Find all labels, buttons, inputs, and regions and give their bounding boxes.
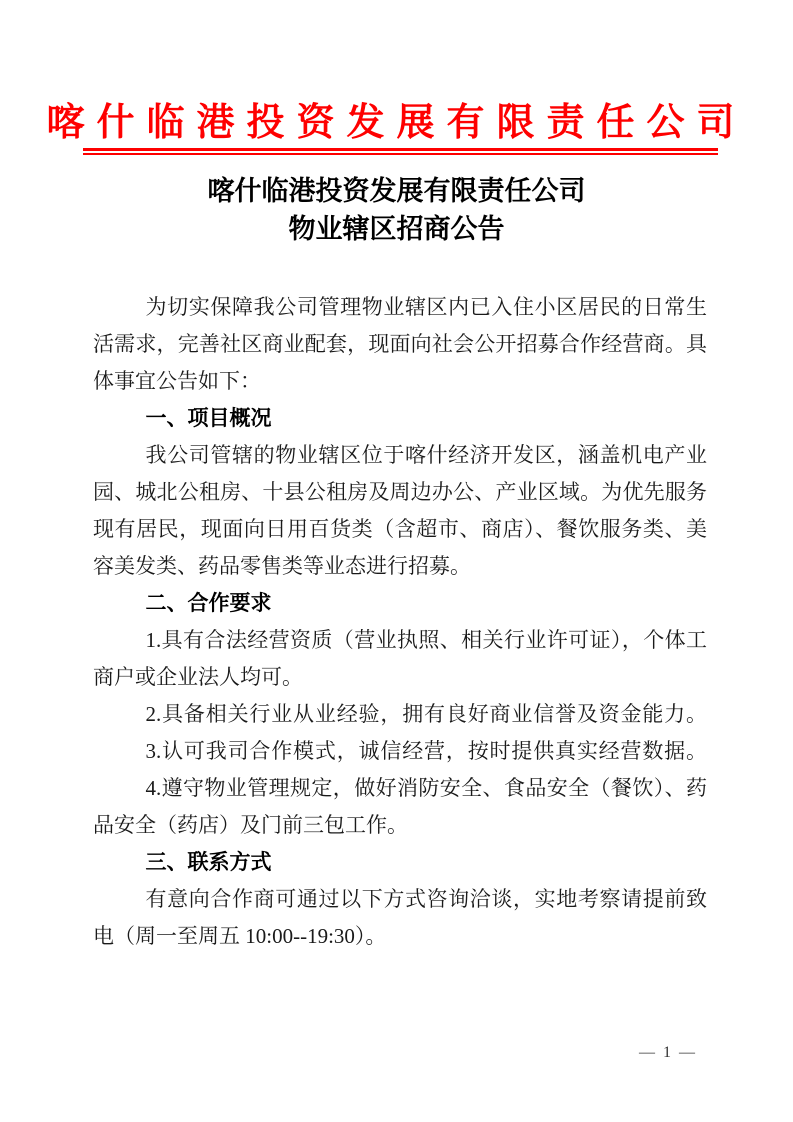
document-page: 喀什临港投资发展有限责任公司 喀什临港投资发展有限责任公司 物业辖区招商公告 为… — [0, 0, 793, 1122]
section-heading-project-overview: 一、项目概况 — [93, 400, 707, 437]
section-heading-cooperation-requirements: 二、合作要求 — [93, 585, 707, 622]
requirement-item-3: 3.认可我司合作模式，诚信经营，按时提供真实经营数据。 — [93, 733, 707, 770]
document-body: 为切实保障我公司管理物业辖区内已入住小区居民的日常生活需求，完善社区商业配套，现… — [93, 289, 707, 955]
requirement-item-2: 2.具备相关行业从业经验，拥有良好商业信誉及资金能力。 — [93, 696, 707, 733]
divider-thin-line — [83, 153, 718, 155]
letterhead-company-name: 喀什临港投资发展有限责任公司 — [0, 100, 793, 146]
letterhead-divider — [83, 148, 718, 155]
contact-method-paragraph: 有意向合作商可通过以下方式咨询洽谈，实地考察请提前致电（周一至周五 10:00-… — [93, 881, 707, 955]
document-title: 喀什临港投资发展有限责任公司 物业辖区招商公告 — [0, 172, 793, 248]
divider-thick-line — [83, 148, 718, 151]
intro-paragraph: 为切实保障我公司管理物业辖区内已入住小区居民的日常生活需求，完善社区商业配套，现… — [93, 289, 707, 400]
section-heading-contact-method: 三、联系方式 — [93, 844, 707, 881]
document-title-line2: 物业辖区招商公告 — [0, 210, 793, 248]
page-number: — 1 — — [639, 1044, 697, 1062]
requirement-item-1: 1.具有合法经营资质（营业执照、相关行业许可证），个体工商户或企业法人均可。 — [93, 622, 707, 696]
project-overview-paragraph: 我公司管辖的物业辖区位于喀什经济开发区，涵盖机电产业园、城北公租房、十县公租房及… — [93, 437, 707, 585]
requirement-item-4: 4.遵守物业管理规定，做好消防安全、食品安全（餐饮）、药品安全（药店）及门前三包… — [93, 770, 707, 844]
document-title-line1: 喀什临港投资发展有限责任公司 — [0, 172, 793, 210]
